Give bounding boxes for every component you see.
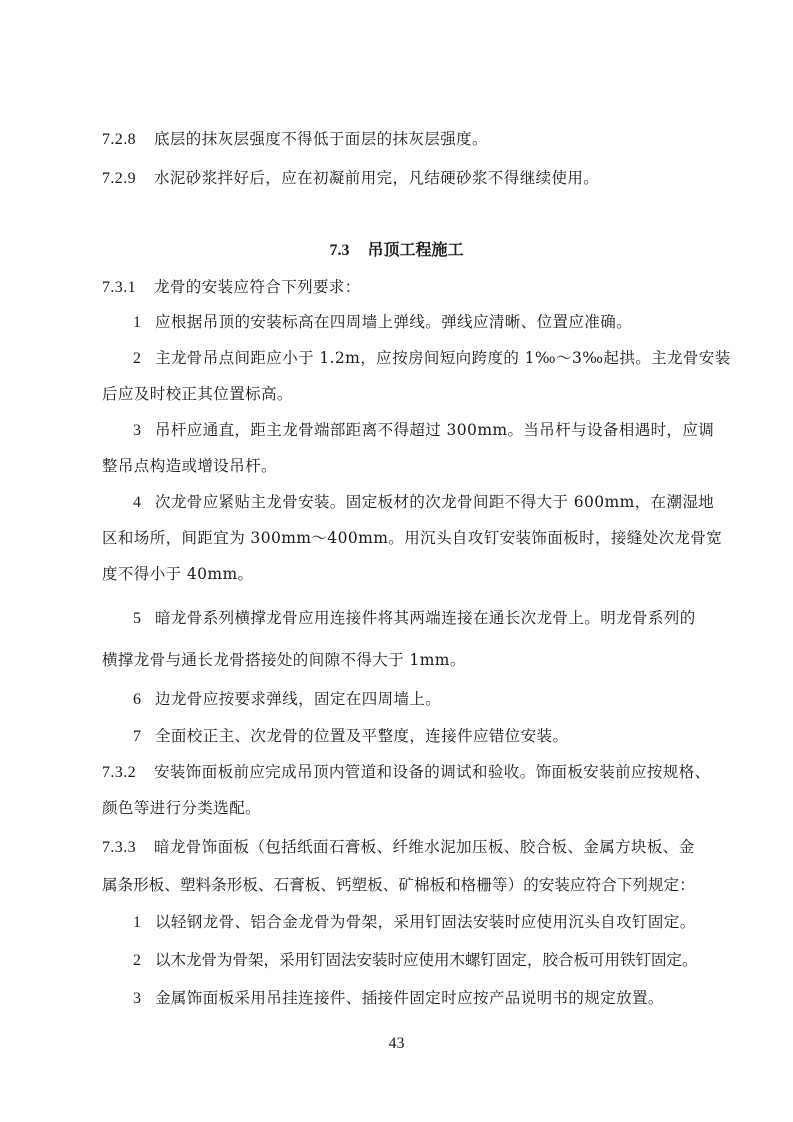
item-number: 2 [133,951,155,971]
clause-number: 7.2.9 [102,169,154,189]
clause-7-3-2-continuation: 颜色等进行分类选配。 [102,798,692,818]
item-text: 主龙骨吊点间距应小于 1.2m，应按房间短向跨度的 1‰～3‰起拱。主龙骨安装 [155,349,731,367]
item-number: 1 [133,913,155,933]
page-number: 43 [0,1035,793,1053]
clause-7-3-3: 7.3.3暗龙骨饰面板（包括纸面石膏板、纤维水泥加压板、胶合板、金属方块板、金 [102,837,692,858]
rule-item-1: 1以轻钢龙骨、铝合金龙骨为骨架，采用钉固法安装时应使用沉头自攻钉固定。 [133,912,723,933]
list-item-4-continuation: 区和场所，间距宜为 300mm～400mm。用沉头自攻钉安装饰面板时，接缝处次龙… [102,528,692,548]
clause-text: 龙骨的安装应符合下列要求： [154,278,361,296]
item-text: 吊杆应通直，距主龙骨端部距离不得超过 300mm。当吊杆与设备相遇时，应调 [155,421,714,439]
clause-number: 7.3.3 [102,838,154,858]
item-text: 以轻钢龙骨、铝合金龙骨为骨架，采用钉固法安装时应使用沉头自攻钉固定。 [155,913,696,931]
clause-number: 7.2.8 [102,130,154,150]
rule-item-2: 2以木龙骨为骨架，采用钉固法安装时应使用木螺钉固定，胶合板可用铁钉固定。 [133,950,723,971]
item-text: 边龙骨应按要求弹线，固定在四周墙上。 [155,690,441,708]
list-item-3-continuation: 整吊点构造或增设吊杆。 [102,456,692,476]
item-text: 暗龙骨系列横撑龙骨应用连接件将其两端连接在通长次龙骨上。明龙骨系列的 [155,609,696,627]
clause-7-3-1: 7.3.1龙骨的安装应符合下列要求： [102,277,692,298]
clause-number: 7.3.2 [102,763,154,783]
clause-number: 7.3.1 [102,278,154,298]
item-number: 1 [133,313,155,333]
clause-text: 底层的抹灰层强度不得低于面层的抹灰层强度。 [154,130,488,148]
item-text: 全面校正主、次龙骨的位置及平整度，连接件应错位安装。 [155,727,568,745]
item-number: 2 [133,349,155,369]
section-number: 7.3 [329,242,349,259]
clause-text: 安装饰面板前应完成吊顶内管道和设备的调试和验收。饰面板安装前应按规格、 [154,763,711,781]
clause-7-3-2: 7.3.2安装饰面板前应完成吊顶内管道和设备的调试和验收。饰面板安装前应按规格、 [102,762,692,783]
item-text: 应根据吊顶的安装标高在四周墙上弹线。弹线应清晰、位置应准确。 [155,313,632,331]
list-item-2-continuation: 后应及时校正其位置标高。 [102,384,692,404]
item-text: 金属饰面板采用吊挂连接件、插接件固定时应按产品说明书的规定放置。 [155,989,664,1007]
list-item-5-continuation: 横撑龙骨与通长龙骨搭接处的间隙不得大于 1mm。 [102,650,692,670]
list-item-4-continuation: 度不得小于 40mm。 [102,564,692,584]
list-item-7: 7全面校正主、次龙骨的位置及平整度，连接件应错位安装。 [133,726,723,747]
clause-7-2-8: 7.2.8底层的抹灰层强度不得低于面层的抹灰层强度。 [102,129,692,150]
section-title: 吊顶工程施工 [367,240,463,259]
list-item-6: 6边龙骨应按要求弹线，固定在四周墙上。 [133,689,723,710]
item-number: 4 [133,493,155,513]
list-item-3: 3吊杆应通直，距主龙骨端部距离不得超过 300mm。当吊杆与设备相遇时，应调 [133,420,723,441]
clause-7-2-9: 7.2.9水泥砂浆拌好后，应在初凝前用完，凡结硬砂浆不得继续使用。 [102,168,692,189]
item-number: 7 [133,727,155,747]
list-item-5: 5暗龙骨系列横撑龙骨应用连接件将其两端连接在通长次龙骨上。明龙骨系列的 [133,608,723,629]
clause-text: 水泥砂浆拌好后，应在初凝前用完，凡结硬砂浆不得继续使用。 [154,169,599,187]
list-item-2: 2主龙骨吊点间距应小于 1.2m，应按房间短向跨度的 1‰～3‰起拱。主龙骨安装 [133,348,723,369]
item-number: 3 [133,421,155,441]
clause-7-3-3-continuation: 属条形板、塑料条形板、石膏板、钙塑板、矿棉板和格栅等）的安装应符合下列规定： [102,875,692,895]
rule-item-3: 3金属饰面板采用吊挂连接件、插接件固定时应按产品说明书的规定放置。 [133,988,723,1009]
item-number: 5 [133,609,155,629]
item-text: 以木龙骨为骨架，采用钉固法安装时应使用木螺钉固定，胶合板可用铁钉固定。 [155,951,698,969]
list-item-4: 4次龙骨应紧贴主龙骨安装。固定板材的次龙骨间距不得大于 600mm，在潮湿地 [133,492,723,513]
section-heading: 7.3吊顶工程施工 [0,240,793,261]
clause-text: 暗龙骨饰面板（包括纸面石膏板、纤维水泥加压板、胶合板、金属方块板、金 [154,838,695,856]
item-text: 次龙骨应紧贴主龙骨安装。固定板材的次龙骨间距不得大于 600mm，在潮湿地 [155,493,714,511]
item-number: 6 [133,690,155,710]
list-item-1: 1应根据吊顶的安装标高在四周墙上弹线。弹线应清晰、位置应准确。 [133,312,723,333]
item-number: 3 [133,989,155,1009]
